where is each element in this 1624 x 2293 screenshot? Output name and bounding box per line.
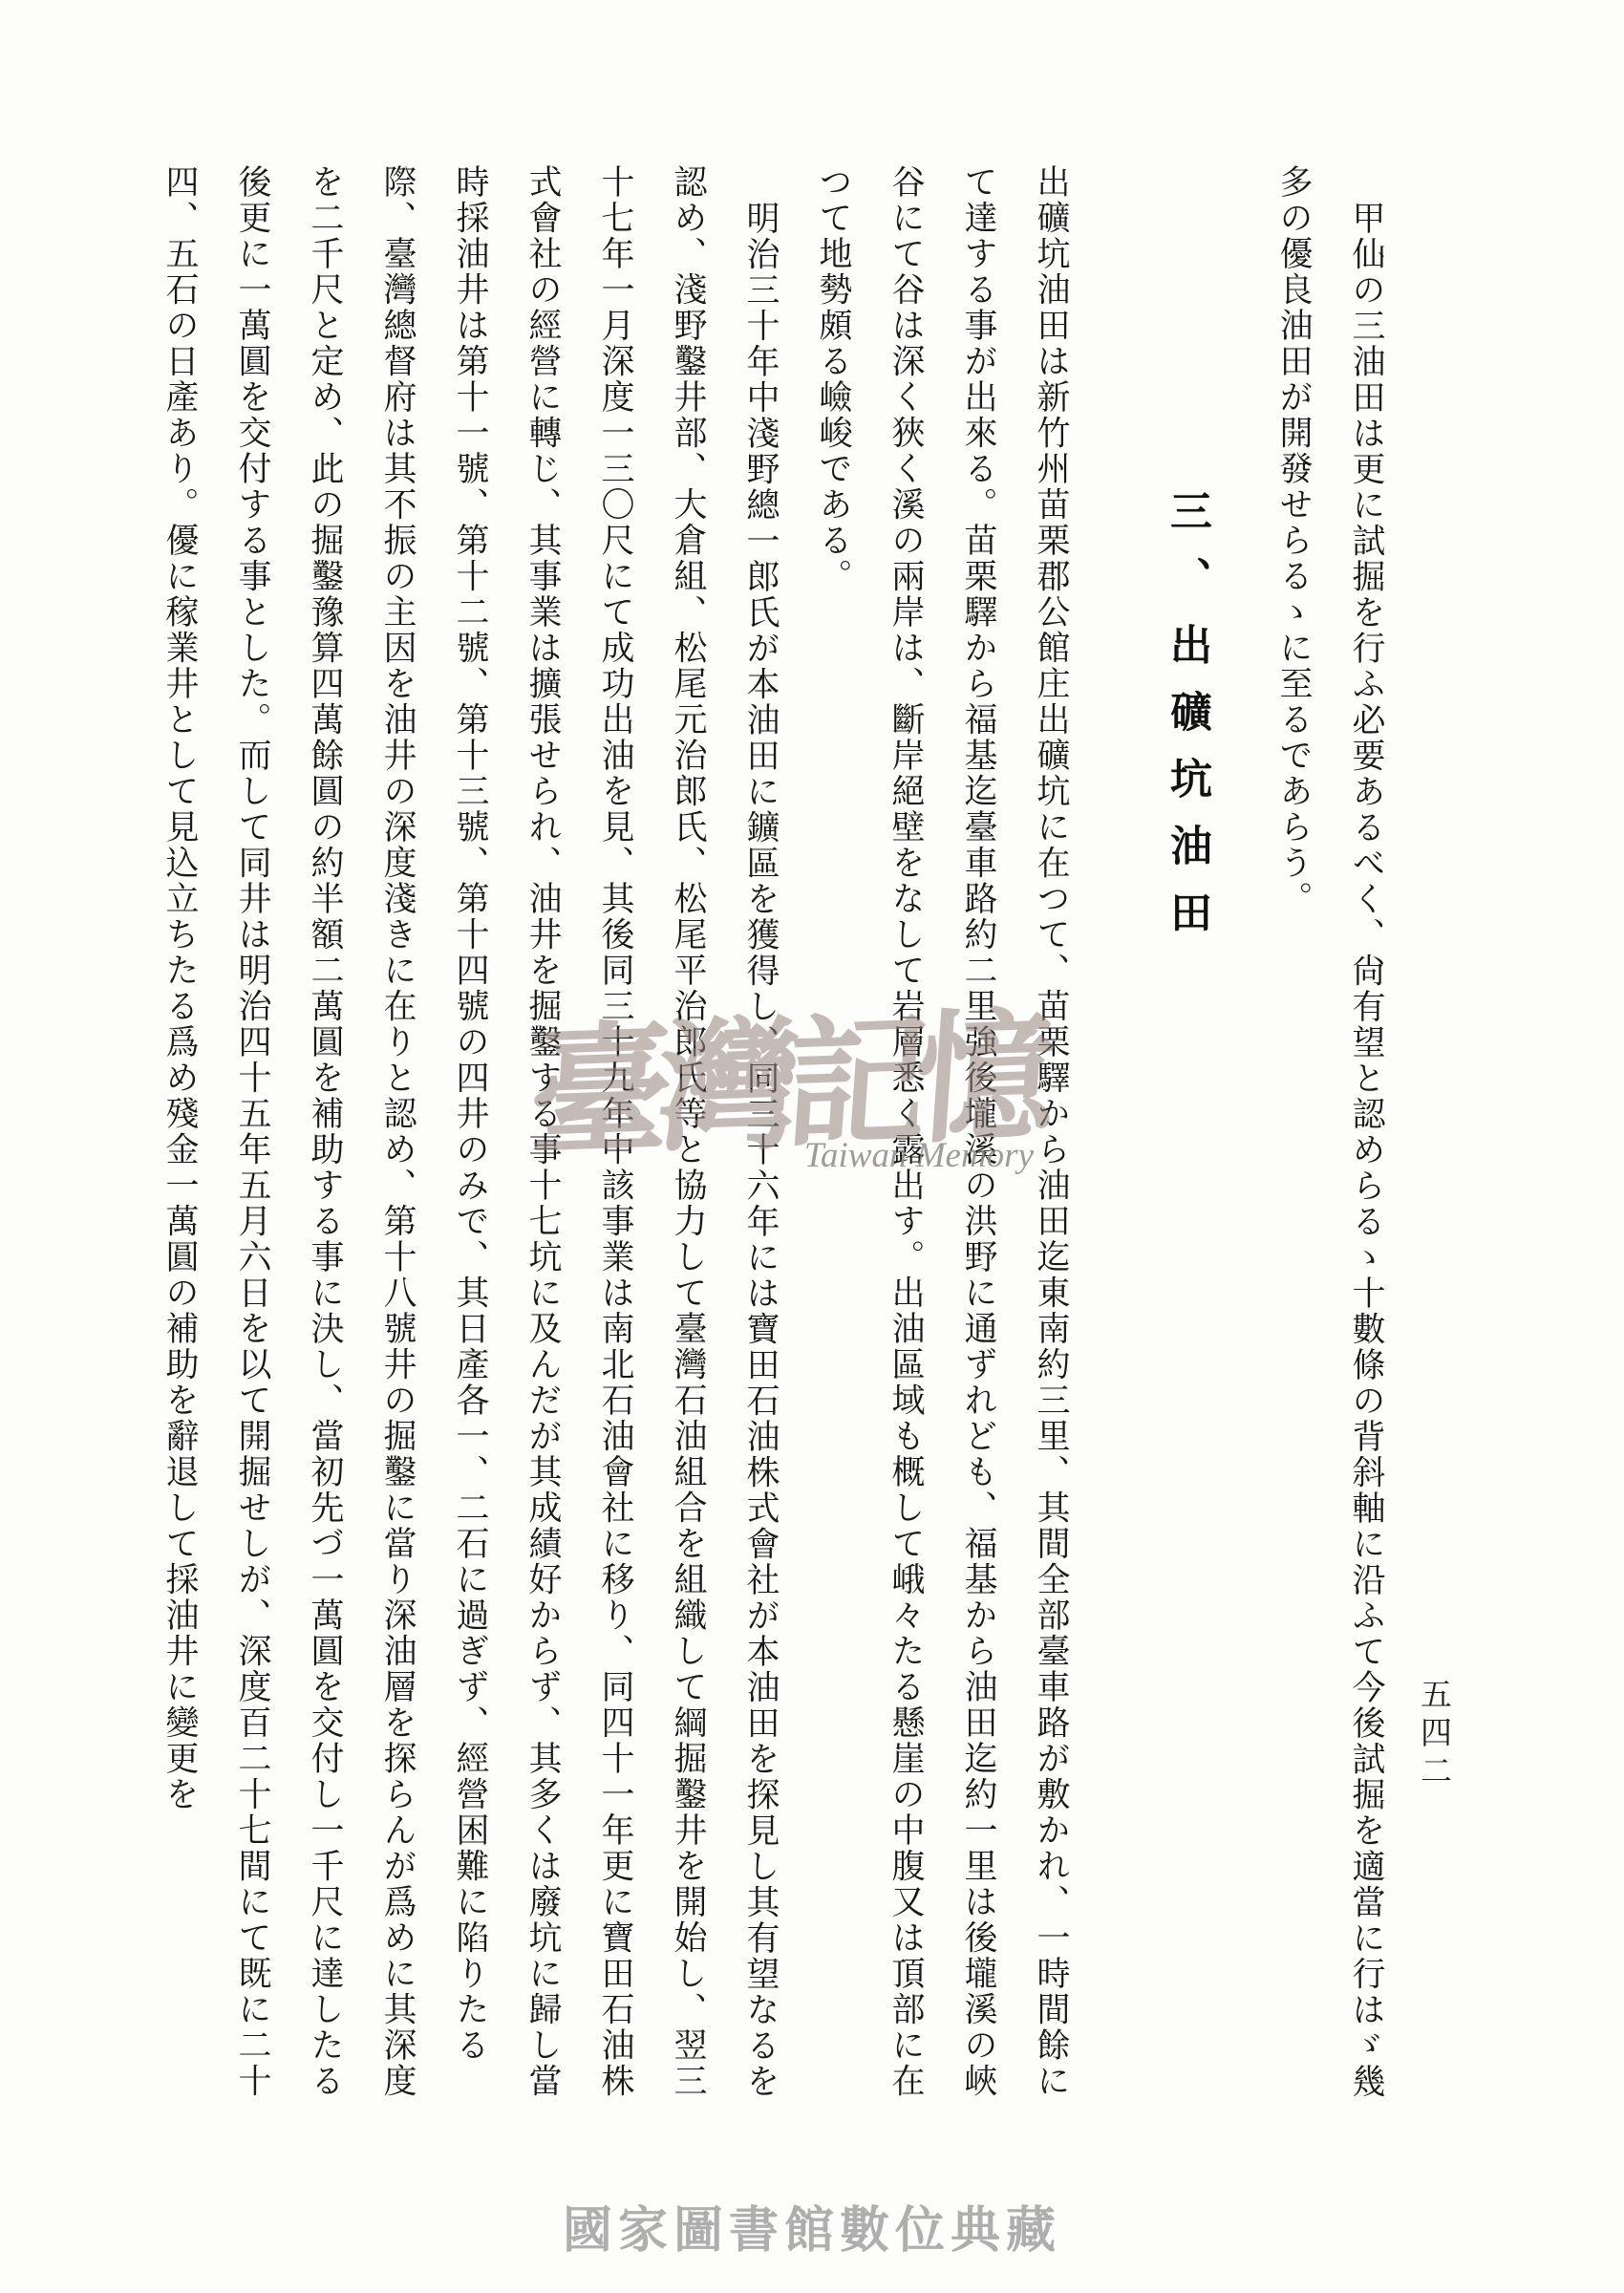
paragraph-history: 明治三十年中淺野總一郎氏が本油田に鑛區を獲得し、同三十六年には寶田石油株式會社が… [143, 164, 797, 2113]
section-heading: 三、出礦坑油田 [1156, 164, 1217, 2113]
paragraph-intro: 甲仙の三油田は更に試掘を行ふ必要あるべく、尙有望と認めらるゝ十數條の背斜軸に沿ふ… [1257, 164, 1402, 2113]
library-watermark: 國家圖書館數位典藏 [0, 2190, 1624, 2261]
paragraph-location: 出礦坑油田は新竹州苗栗郡公館庄出礦坑に在つて、苗栗驛から油田迄東南約三里、其間全… [797, 164, 1087, 2113]
scanned-page: 、 甲仙の三油田は更に試掘を行ふ必要あるべく、尙有望と認めらるゝ十數條の背斜軸に… [0, 0, 1624, 2293]
page-number: 五四二 [1411, 1678, 1456, 1792]
text-block: 甲仙の三油田は更に試掘を行ふ必要あるべく、尙有望と認めらるゝ十數條の背斜軸に沿ふ… [103, 164, 1402, 2113]
